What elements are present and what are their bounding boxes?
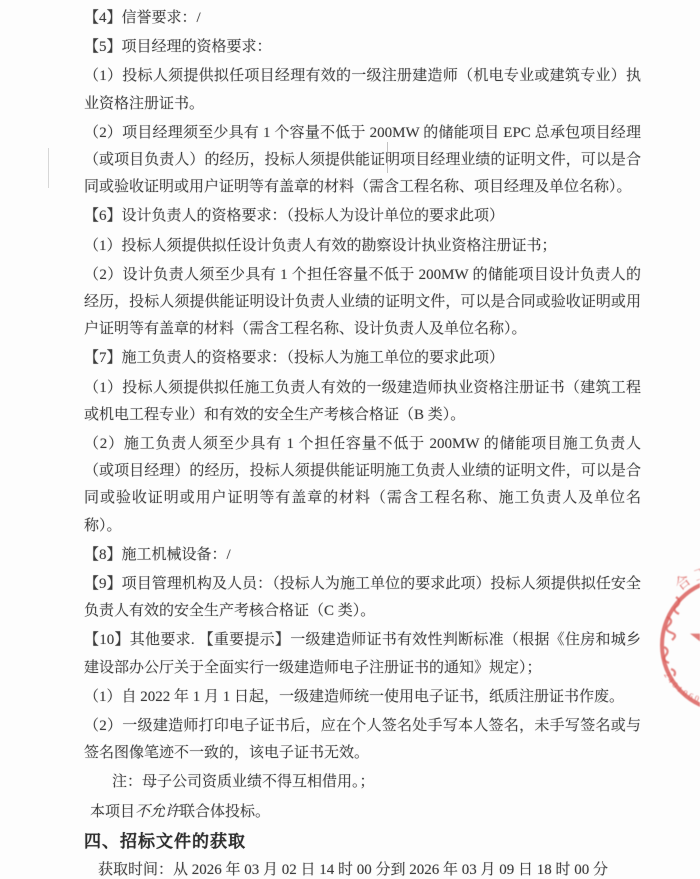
note-line: 注：母子公司资质业绩不得互相借用。； bbox=[84, 769, 641, 796]
jv-suffix: 联合体投标。 bbox=[180, 804, 270, 820]
seal-serial-number: 2401060 bbox=[662, 670, 700, 704]
seal-script-stroke bbox=[664, 647, 669, 663]
seal-star bbox=[690, 605, 700, 680]
clause-7-item-2: （2）施工负责人须至少具有 1 个担任容量不低于 200MW 的储能项目施工负责… bbox=[84, 431, 641, 540]
clause-6-design-lead-heading: 【6】设计负责人的资格要求：（投标人为设计单位的要求此项） bbox=[84, 203, 641, 230]
jv-prefix: 本项目 bbox=[90, 804, 135, 820]
clause-8-machinery: 【8】施工机械设备：/ bbox=[84, 542, 641, 569]
red-company-seal-partial: 合 工 2401060 bbox=[640, 565, 700, 735]
scan-artifact-line bbox=[48, 148, 49, 188]
clause-6-item-1: （1）投标人须提供拟任设计负责人有效的勘察设计执业资格注册证书； bbox=[84, 233, 641, 260]
scanned-tender-document-page: 【4】信誉要求：/ 【5】项目经理的资格要求： （1）投标人须提供拟任项目经理有… bbox=[0, 0, 700, 879]
jv-emphasis-not-allowed: 不允许 bbox=[135, 804, 180, 820]
clause-10-item-2: （2）一级建造师打印电子证书后，应在个人签名处手写本人签名，未手写签名或与签名图… bbox=[84, 713, 641, 767]
obtain-time-line: 获取时间：从 2026 年 03 月 02 日 14 时 00 分到 2026 … bbox=[84, 857, 641, 879]
section-4-heading: 四、招标文件的获取 bbox=[84, 828, 641, 855]
clause-10-item-1: （1）自 2022 年 1 月 1 日起，一级建造师统一使用电子证书，纸质注册证… bbox=[84, 684, 641, 711]
clause-5-item-1: （1）投标人须提供拟任项目经理有效的一级注册建造师（机电专业或建筑专业）执业资格… bbox=[84, 63, 641, 117]
seal-arc-char: 工 bbox=[692, 565, 700, 585]
clause-7-construction-lead-heading: 【7】施工负责人的资格要求：（投标人为施工单位的要求此项） bbox=[84, 345, 641, 372]
clause-6-item-2: （2）设计负责人须至少具有 1 个担任容量不低于 200MW 的储能项目设计负责… bbox=[84, 262, 641, 344]
scan-artifact-line bbox=[387, 142, 388, 173]
clause-9-management-staff: 【9】项目管理机构及人员：（投标人为施工单位的要求此项）投标人须提供拟任安全负责… bbox=[84, 571, 641, 625]
document-body: 【4】信誉要求：/ 【5】项目经理的资格要求： （1）投标人须提供拟任项目经理有… bbox=[84, 5, 641, 879]
clause-7-item-1: （1）投标人须提供拟任施工负责人有效的一级建造师执业资格注册证书（建筑工程或机电… bbox=[84, 375, 641, 429]
clause-5-item-2: （2）项目经理须至少具有 1 个容量不低于 200MW 的储能项目 EPC 总承… bbox=[84, 120, 641, 202]
clause-5-project-manager-heading: 【5】项目经理的资格要求： bbox=[84, 34, 641, 61]
clause-4-credit-requirement: 【4】信誉要求：/ bbox=[84, 5, 641, 32]
joint-venture-line: 本项目不允许联合体投标。 bbox=[84, 799, 641, 826]
clause-10-other-requirements: 【10】其他要求. 【重要提示】一级建造师证书有效性判断标准（根据《住房和城乡建… bbox=[84, 627, 641, 681]
